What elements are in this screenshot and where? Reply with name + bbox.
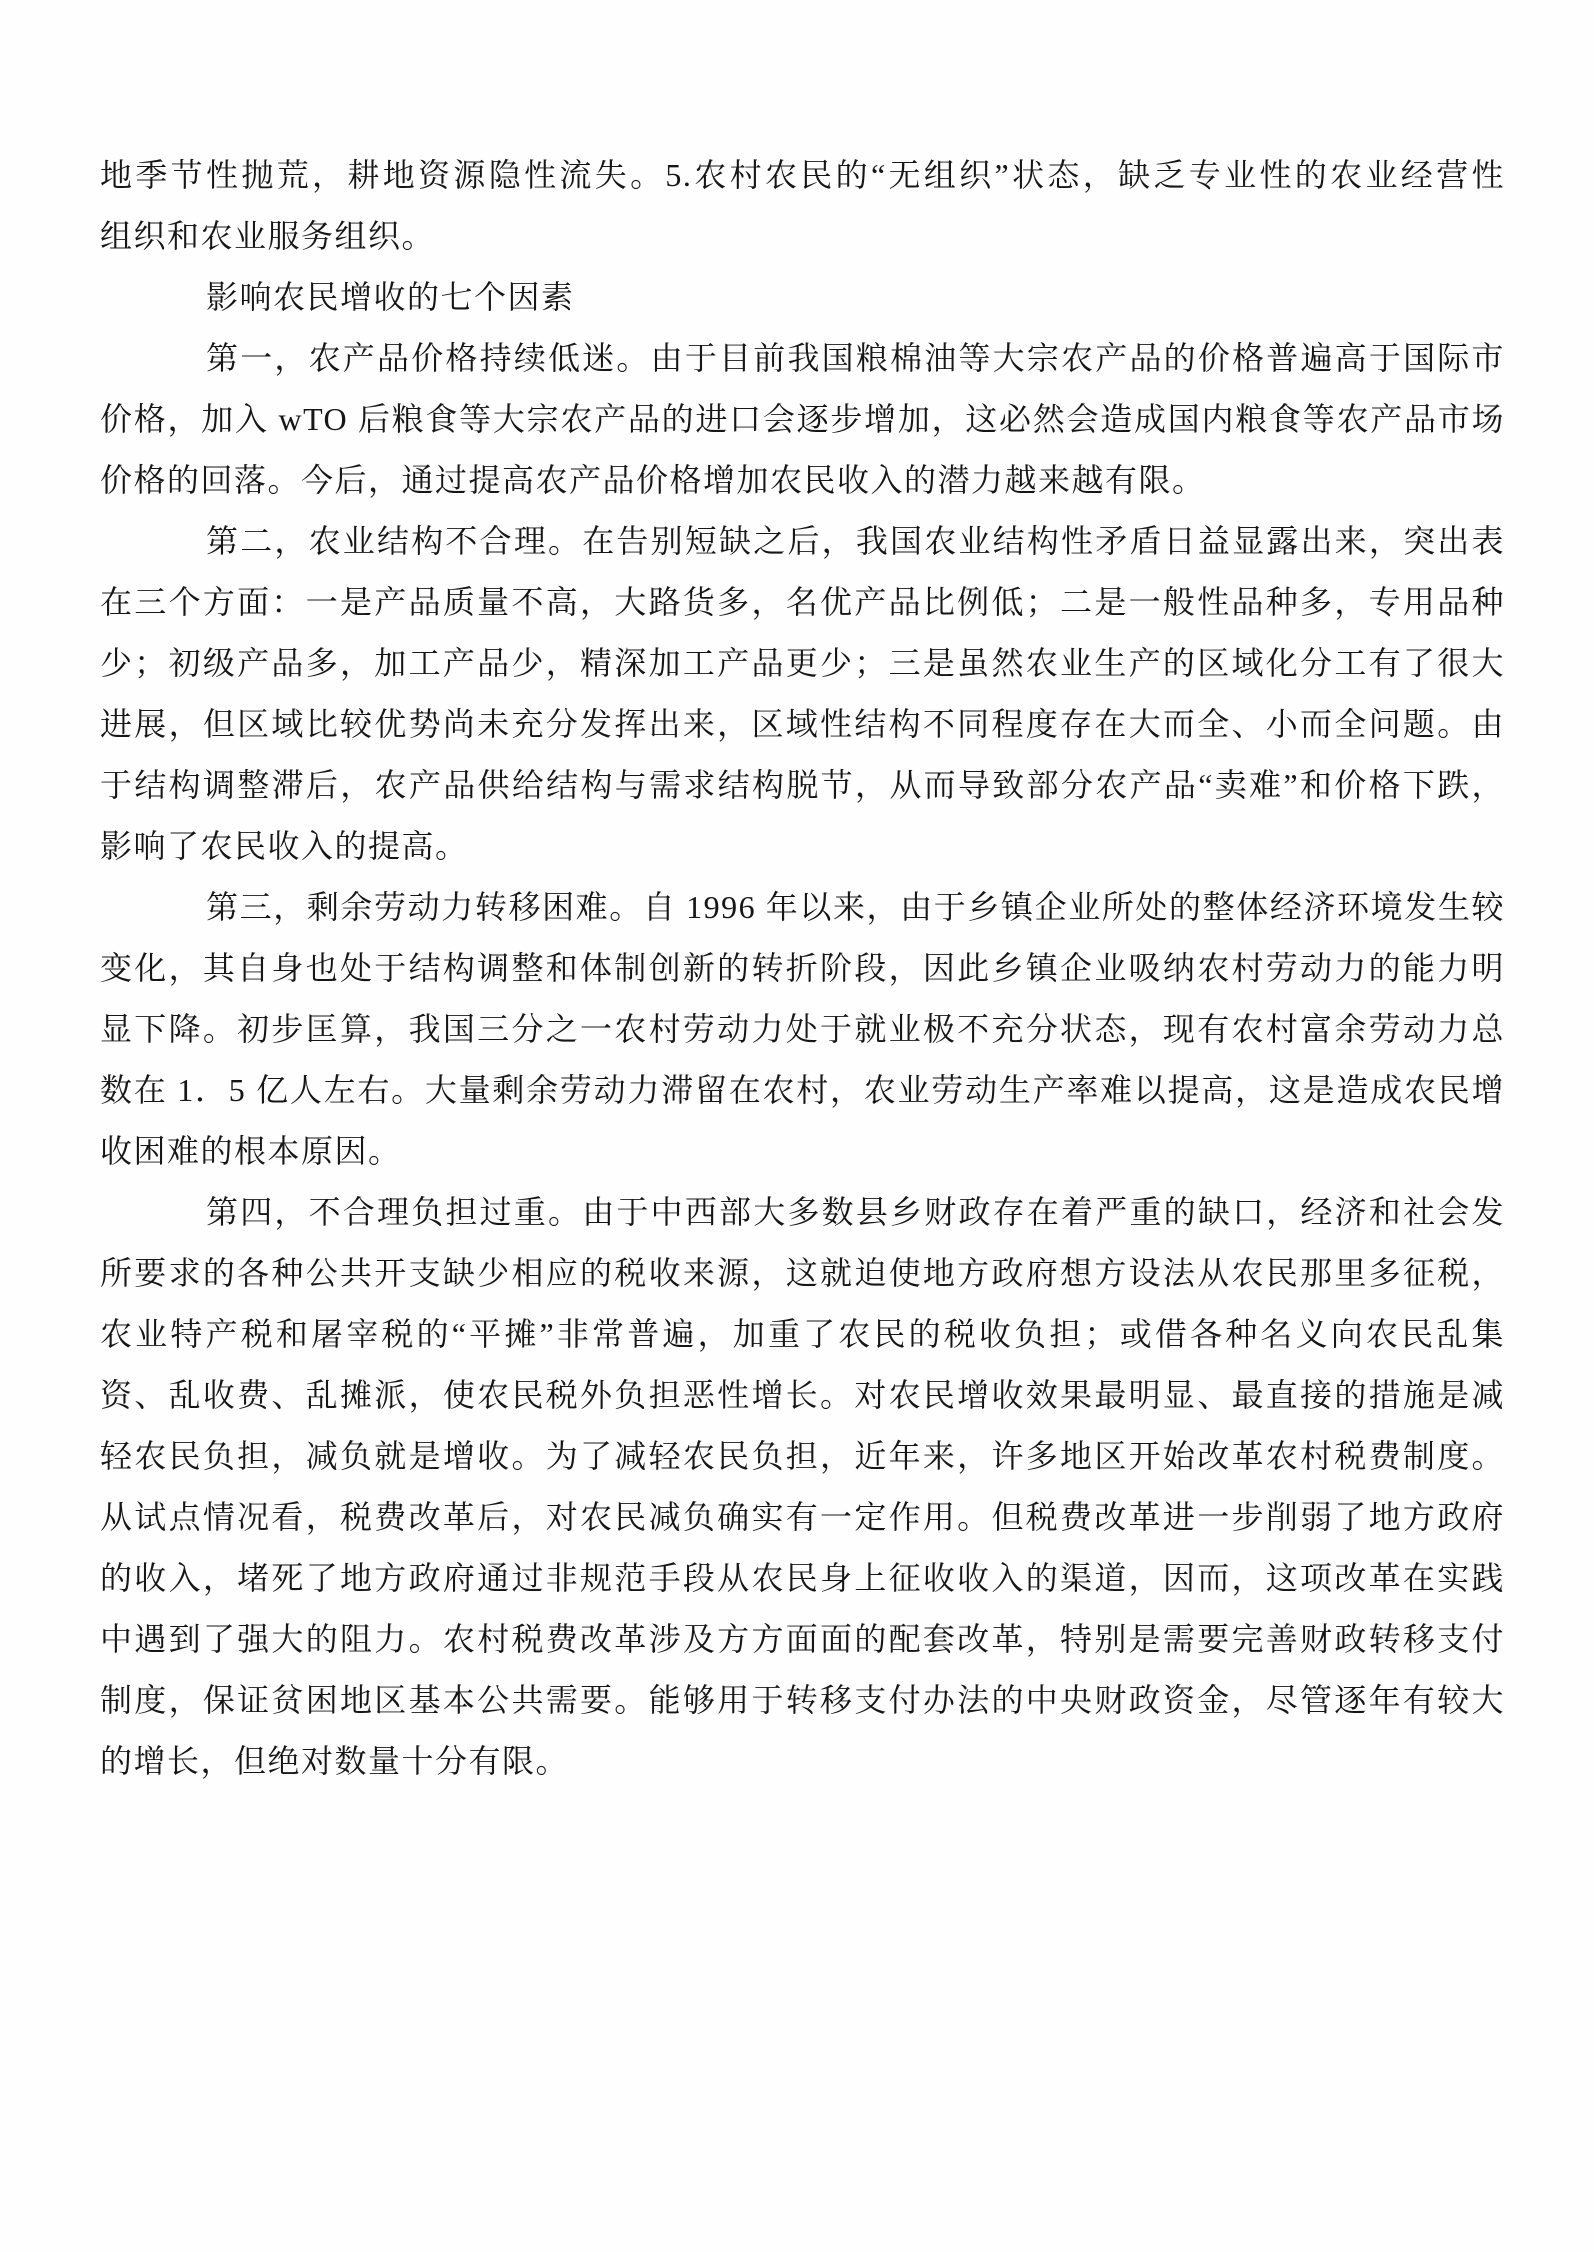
paragraph-factor-2: 第二，农业结构不合理。在告别短缺之后，我国农业结构性矛盾日益显露出来，突出表现 … xyxy=(100,511,1505,877)
document-page: 地季节性抛荒，耕地资源隐性流失。5.农村农民的“无组织”状态，缺乏专业性的农业经… xyxy=(0,0,1594,2252)
text-line: 在三个方面：一是产品质量不高，大路货多，名优产品比例低；二是一般性品种多，专用品… xyxy=(100,572,1505,633)
text-line: 第四，不合理负担过重。由于中西部大多数县乡财政存在着严重的缺口，经济和社会发展 xyxy=(100,1182,1505,1243)
paragraph-factor-3: 第三，剩余劳动力转移困难。自 1996 年以来，由于乡镇企业所处的整体经济环境发… xyxy=(100,877,1505,1182)
text-line: 地季节性抛荒，耕地资源隐性流失。5.农村农民的“无组织”状态，缺乏专业性的农业经… xyxy=(100,145,1505,206)
text-line: 第一，农产品价格持续低迷。由于目前我国粮棉油等大宗农产品的价格普遍高于国际市场 xyxy=(100,328,1505,389)
text-line: 的收入，堵死了地方政府通过非规范手段从农民身上征收收入的渠道，因而，这项改革在实… xyxy=(100,1548,1505,1609)
text-line: 显下降。初步匡算，我国三分之一农村劳动力处于就业极不充分状态，现有农村富余劳动力… xyxy=(100,999,1505,1060)
text-line: 农业特产税和屠宰税的“平摊”非常普遍，加重了农民的税收负担；或借各种名义向农民乱… xyxy=(100,1304,1505,1365)
section-heading: 影响农民增收的七个因素 xyxy=(100,267,1505,328)
paragraph-factor-4: 第四，不合理负担过重。由于中西部大多数县乡财政存在着严重的缺口，经济和社会发展 … xyxy=(100,1182,1505,1792)
text-line: 少；初级产品多，加工产品少，精深加工产品更少；三是虽然农业生产的区域化分工有了很… xyxy=(100,633,1505,694)
text-line: 数在 1．5 亿人左右。大量剩余劳动力滞留在农村，农业劳动生产率难以提高，这是造… xyxy=(100,1060,1505,1121)
text-line: 轻农民负担，减负就是增收。为了减轻农民负担，近年来，许多地区开始改革农村税费制度… xyxy=(100,1426,1505,1487)
text-line: 进展，但区域比较优势尚未充分发挥出来，区域性结构不同程度存在大而全、小而全问题。… xyxy=(100,694,1505,755)
text-line: 价格的回落。今后，通过提高农产品价格增加农民收入的潜力越来越有限。 xyxy=(100,450,1505,511)
text-line: 第三，剩余劳动力转移困难。自 1996 年以来，由于乡镇企业所处的整体经济环境发… xyxy=(100,877,1505,938)
text-line: 所要求的各种公共开支缺少相应的税收来源，这就迫使地方政府想方设法从农民那里多征税… xyxy=(100,1243,1505,1304)
text-line: 组织和农业服务组织。 xyxy=(100,206,1505,267)
text-line: 从试点情况看，税费改革后，对农民减负确实有一定作用。但税费改革进一步削弱了地方政… xyxy=(100,1487,1505,1548)
text-line: 收困难的根本原因。 xyxy=(100,1121,1505,1182)
text-line: 制度，保证贫困地区基本公共需要。能够用于转移支付办法的中央财政资金，尽管逐年有较… xyxy=(100,1670,1505,1731)
intro-paragraph: 地季节性抛荒，耕地资源隐性流失。5.农村农民的“无组织”状态，缺乏专业性的农业经… xyxy=(100,145,1505,267)
text-line: 资、乱收费、乱摊派，使农民税外负担恶性增长。对农民增收效果最明显、最直接的措施是… xyxy=(100,1365,1505,1426)
text-line: 的增长，但绝对数量十分有限。 xyxy=(100,1731,1505,1792)
paragraph-factor-1: 第一，农产品价格持续低迷。由于目前我国粮棉油等大宗农产品的价格普遍高于国际市场 … xyxy=(100,328,1505,511)
text-line: 第二，农业结构不合理。在告别短缺之后，我国农业结构性矛盾日益显露出来，突出表现 xyxy=(100,511,1505,572)
text-line: 影响了农民收入的提高。 xyxy=(100,816,1505,877)
text-line: 中遇到了强大的阻力。农村税费改革涉及方方面面的配套改革，特别是需要完善财政转移支… xyxy=(100,1609,1505,1670)
text-line: 价格，加入 wTO 后粮食等大宗农产品的进口会逐步增加，这必然会造成国内粮食等农… xyxy=(100,389,1505,450)
text-line: 于结构调整滞后，农产品供给结构与需求结构脱节，从而导致部分农产品“卖难”和价格下… xyxy=(100,755,1505,816)
text-line: 变化，其自身也处于结构调整和体制创新的转折阶段，因此乡镇企业吸纳农村劳动力的能力… xyxy=(100,938,1505,999)
